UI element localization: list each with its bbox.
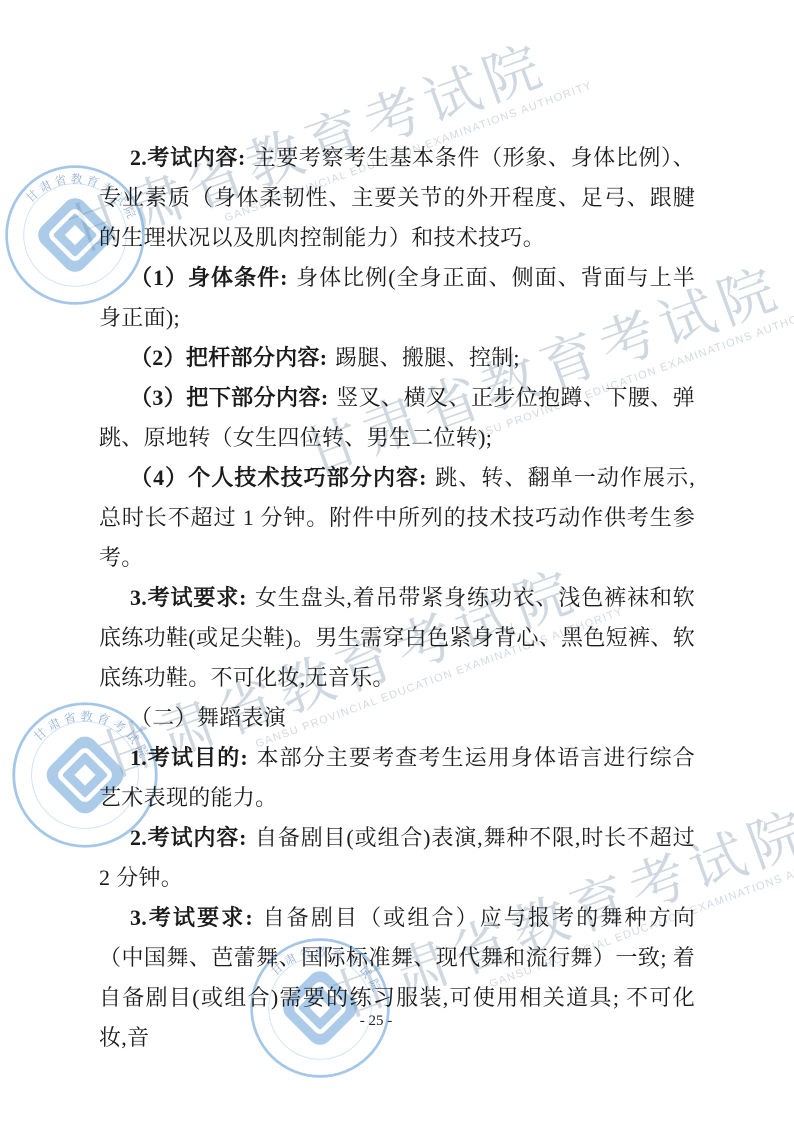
paragraph-label: （3）把下部分内容:	[130, 385, 328, 410]
paragraph: 3.考试要求:女生盘头,着吊带紧身练功衣、浅色裤袜和软底练功鞋(或足尖鞋)。男生…	[99, 578, 695, 698]
paragraph-label: 3.考试要求:	[130, 585, 247, 610]
paragraph: 2.考试内容:主要考察考生基本条件（形象、身体比例）、专业素质（身体柔韧性、主要…	[99, 138, 695, 258]
document-page: 甘肃省教育考试院 GANSU PROVINCIAL EDUCATION EXAM…	[0, 0, 794, 1123]
page-number: - 25 -	[0, 1013, 773, 1030]
paragraph: 3.考试要求:自备剧目（或组合）应与报考的舞种方向（中国舞、芭蕾舞、国际标准舞、…	[99, 898, 695, 1058]
paragraph-label: （4）个人技术技巧部分内容:	[130, 465, 427, 490]
paragraph-label: 3.考试要求:	[130, 905, 253, 930]
paragraph: 2.考试内容:自备剧目(或组合)表演,舞种不限,时长不超过 2 分钟。	[99, 818, 695, 898]
paragraph-text: 踢腿、搬腿、控制;	[335, 345, 520, 370]
paragraph-label: 1.考试目的:	[130, 745, 248, 770]
paragraph-label: （1）身体条件:	[130, 265, 288, 290]
paragraph-label: 2.考试内容:	[130, 145, 246, 170]
paragraph: 1.考试目的:本部分主要考查考生运用身体语言进行综合艺术表现的能力。	[99, 738, 695, 818]
paragraph-label: （2）把杆部分内容:	[130, 345, 327, 370]
paragraph: （1）身体条件:身体比例(全身正面、侧面、背面与上半身正面);	[99, 258, 695, 338]
paragraph: （二）舞蹈表演	[99, 698, 695, 738]
paragraph: （4）个人技术技巧部分内容:跳、转、翻单一动作展示,总时长不超过 1 分钟。附件…	[99, 458, 695, 578]
paragraph-label: 2.考试内容:	[130, 825, 247, 850]
paragraph: （3）把下部分内容:竖叉、横叉、正步位抱蹲、下腰、弹跳、原地转（女生四位转、男生…	[99, 378, 695, 458]
text-block: 2.考试内容:主要考察考生基本条件（形象、身体比例）、专业素质（身体柔韧性、主要…	[99, 138, 695, 1058]
paragraph-text: （二）舞蹈表演	[130, 705, 286, 730]
paragraph: （2）把杆部分内容:踢腿、搬腿、控制;	[99, 338, 695, 378]
